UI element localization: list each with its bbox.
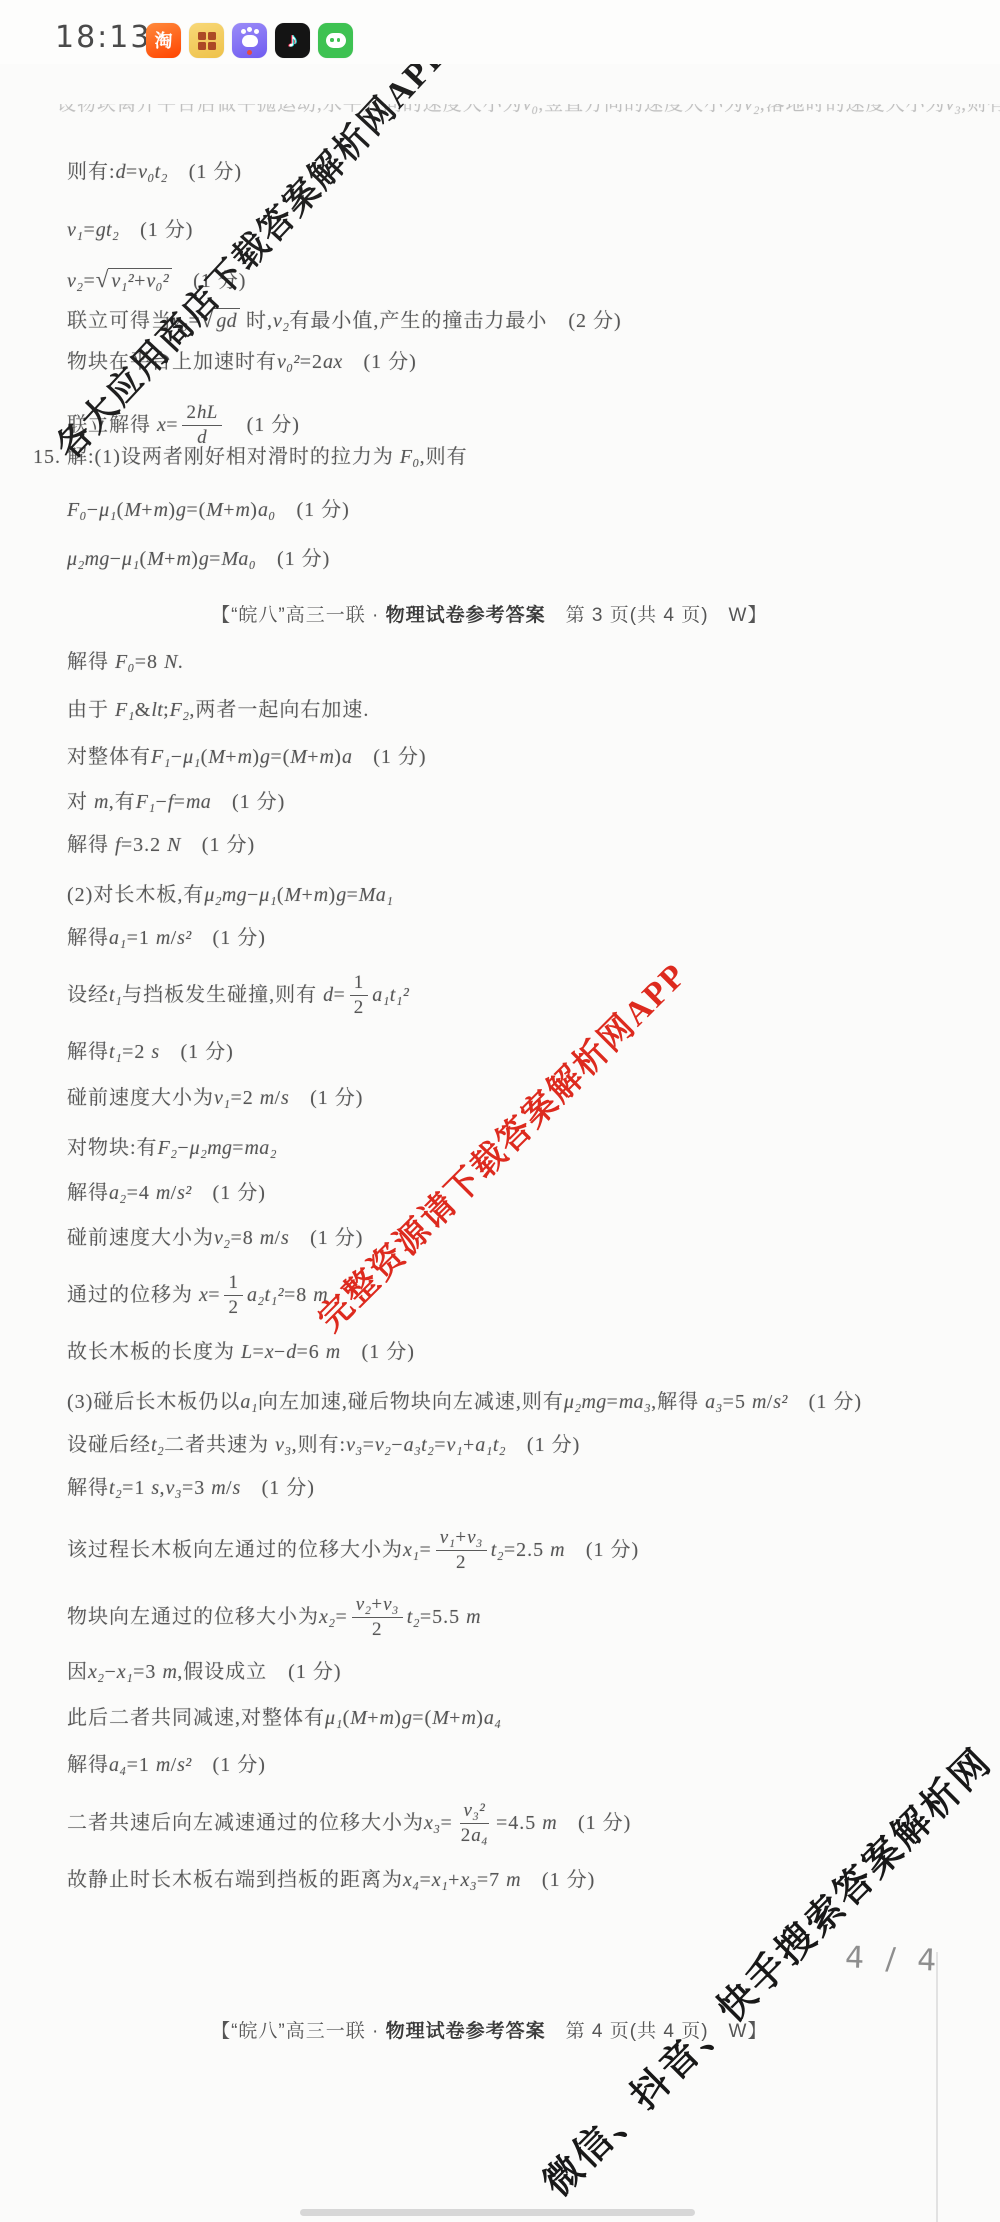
doc-line: 则有:d=v₀t₂ (1 分) [67, 158, 242, 186]
doc-line: 通过的位移为 x=12a₂t₁²=8 m [67, 1265, 328, 1325]
fraction: v₃²2a₄ [457, 1800, 492, 1847]
doc-line: (2)对长木板,有μ₂mg−μ₁(M+m)g=Ma₁ [67, 881, 393, 909]
fraction: v₂+v₃2 [352, 1594, 403, 1641]
wechat-app-icon [318, 23, 353, 58]
footer-title: 物理试卷参考答案 [386, 2021, 546, 2042]
doc-line: 故长木板的长度为 L=x−d=6 m (1 分) [67, 1338, 415, 1366]
douyin-app-icon: ♪ [275, 23, 310, 58]
doc-line: F₀−μ₁(M+m)g=(M+m)a₀ (1 分) [67, 496, 350, 524]
doc-line: 解得a₄=1 m/s² (1 分) [67, 1751, 266, 1779]
fraction: 12 [224, 1272, 243, 1319]
doc-line: 该过程长木板向左通过的位移大小为x₁=v₁+v₃2t₂=2.5 m (1 分) [67, 1520, 639, 1580]
status-app-icons: 淘♪ [146, 23, 361, 58]
handwritten-page-note: 4 / 4 [844, 1940, 943, 1978]
doc-line: 设经t₁与挡板发生碰撞,则有 d=12a₁t₁² [67, 965, 409, 1025]
doc-line: 对整体有F₁−μ₁(M+m)g=(M+m)a (1 分) [67, 743, 427, 771]
doc-line: 物块向左通过的位移大小为x₂=v₂+v₃2t₂=5.5 m [67, 1587, 481, 1647]
doc-line: v₁=gt₂ (1 分) [67, 216, 193, 244]
footer-title: 物理试卷参考答案 [386, 605, 546, 626]
doc-line: 解得t₁=2 s (1 分) [67, 1038, 234, 1066]
deals-app-icon [189, 23, 224, 58]
status-bar[interactable]: 18:13 淘♪ 1.40 KB/s 4G 82 [0, 0, 1000, 64]
paw-app-icon [232, 23, 267, 58]
fraction: 2hLd [182, 402, 221, 449]
footer-pre: 【“皖八”高三一联 · [211, 605, 386, 626]
doc-line: 碰前速度大小为v₁=2 m/s (1 分) [67, 1084, 363, 1112]
status-time: 18:13 [55, 20, 151, 55]
doc-line: 此后二者共同减速,对整体有μ₁(M+m)g=(M+m)a₄ [67, 1704, 501, 1732]
doc-line: (3)碰后长木板仍以a₁向左加速,碰后物块向左减速,则有μ₂mg=ma₃,解得 … [67, 1388, 862, 1416]
doc-line: 对物块:有F₂−μ₂mg=ma₂ [67, 1134, 277, 1162]
fraction: 12 [350, 972, 369, 1019]
doc-line: 解得 f=3.2 N (1 分) [67, 831, 255, 859]
page3-footer: 【“皖八”高三一联 · 物理试卷参考答案 第 3 页(共 4 页) W】 [0, 578, 966, 627]
footer-page-number: 第 3 页(共 4 页) W】 [546, 605, 768, 626]
doc-line: 解得a₂=4 m/s² (1 分) [67, 1179, 266, 1207]
doc-line: μ₂mg−μ₁(M+m)g=Ma₀ (1 分) [67, 545, 330, 573]
doc-line: 由于 F₁&lt;F₂,两者一起向右加速. [67, 696, 369, 724]
doc-line: 解得a₁=1 m/s² (1 分) [67, 924, 266, 952]
doc-line: 设碰后经t₂二者共速为 v₃,则有:v₃=v₂−a₃t₂=v₁+a₁t₂ (1 … [67, 1431, 580, 1459]
footer-pre: 【“皖八”高三一联 · [211, 2021, 386, 2042]
taobao-app-icon: 淘 [146, 23, 181, 58]
doc-line: 解得 F₀=8 N. [67, 648, 184, 676]
doc-line: 碰前速度大小为v₂=8 m/s (1 分) [67, 1224, 363, 1252]
doc-line: 因x₂−x₁=3 m,假设成立 (1 分) [67, 1658, 342, 1686]
doc-line: 故静止时长木板右端到挡板的距离为x₄=x₁+x₃=7 m (1 分) [67, 1866, 595, 1894]
page4-footer: 【“皖八”高三一联 · 物理试卷参考答案 第 4 页(共 4 页) W】 [0, 1994, 966, 2043]
doc-line: 解得t₂=1 s,v₃=3 m/s (1 分) [67, 1474, 315, 1502]
doc-line: 设物块离开平台后做平抛运动,水平方向的速度大小为v₀,竖直方向的速度大小为v₂,… [57, 104, 1000, 119]
doc-line: 二者共速后向左减速通过的位移大小为x₃=v₃²2a₄=4.5 m (1 分) [67, 1793, 631, 1853]
doc-line: 对 m,有F₁−f=ma (1 分) [67, 788, 285, 816]
fraction: v₁+v₃2 [436, 1527, 487, 1574]
